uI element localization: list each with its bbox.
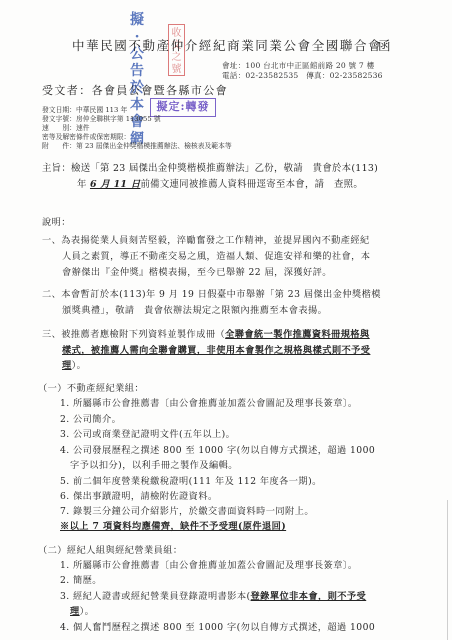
contact-line: 電話：02-23582535 傳真：02-23582536 [222,70,383,81]
item-3-emphasis-3: 理 [62,360,72,371]
explanation-item-3-line-3: 理）。 [62,357,86,371]
explanation-item-3-line-2: 樣式，被推薦人需向全聯會購買，非使用本會製作之規格與樣式則不予受 [62,342,370,356]
explanation-item-2-line-1: 二、本會暫訂於本(113)年 9 月 19 日假臺中市舉辦「第 23 屆傑出金仲… [42,286,381,300]
document-type: 函 [378,36,391,54]
item-3-emphasis-2: 樣式，被推薦人需向全聯會購買，非使用本會製作之規格與樣式則不予受 [62,345,370,356]
group-1-item-2: 2. 公司簡介。 [60,411,121,425]
explanation-item-3-line-1: 三、被推薦者應檢附下列資料並製作成冊（全聯會統一製作推薦資料冊規格與 [42,326,370,340]
group-1-item-6: 6. 傑出事蹟證明，請檢附佐證資料。 [60,488,218,502]
explanation-item-1-line-3: 會辦傑出『金仲獎』楷模表揚，至今已舉辦 22 屆，深獲好評。 [62,264,332,278]
explanation-heading: 說明： [42,214,71,228]
subject-year-label: 年 [77,179,87,190]
attachments: 附 件：第 23 屆傑出金仲獎楷模推薦辦法、檢核表及範本等 [42,142,232,151]
delivery-speed: 速 別：速件 [42,124,90,133]
group-1-heading: （一）不動產經紀業組： [38,380,144,394]
official-letter-page: 擬·公告於本會網 收文之號 擬定:轉發 中華民國不動產仲介經紀商業同業公會全國聯… [0,0,452,640]
deadline-date: 6 月 11 日 [90,179,141,190]
security-level: 密等及解密條件或保密期限： [42,133,130,142]
group-2-item-3-suffix: ）。 [80,606,95,617]
subject-line-1: 主旨：檢送「第 23 屆傑出金仲獎楷模推薦辦法」乙份，敬請 貴會於本(113) [42,160,378,174]
group-2-item-3-prefix: 3. 經紀人證書或經紀營業員登錄證明書影本( [60,591,251,602]
group-1-item-3: 3. 公司或商業登記證明文件(五年以上)。 [60,426,235,440]
group-2-item-3-emphasis-2: 理 [70,606,80,617]
recipient: 受文者：各會員公會暨各縣市公會 [42,82,228,98]
group-1-item-4: 4. 公司發展歷程之撰述 800 至 1000 字(勿以自傳方式撰述，超過 10… [60,442,375,456]
group-2-item-3-cont: 理）。 [70,603,94,617]
group-1-item-7: 7. 錄製三分鐘公司介紹影片，於繳交書面資料時一同附上。 [60,503,314,517]
organization-title: 中華民國不動產仲介經紀商業同業公會全國聯合會 [72,36,382,54]
group-1-item-4-cont: 字予以扣分)，以利手冊之製作及編輯。 [70,457,238,471]
item-3-emphasis-1: 全聯會統一製作推薦資料冊規格與 [225,329,370,340]
group-1-note: ※以上 7 項資料均應備齊，缺件不予受理(原件退回) [60,518,286,532]
issue-date: 發文日期：中華民國 113 年 [42,106,127,115]
group-2-item-3-emphasis-1: 登錄單位非本會，則不予受 [251,591,367,602]
group-2-heading: （二）經紀人組與經紀營業員組： [38,542,183,556]
group-2-item-3: 3. 經紀人證書或經紀營業員登錄證明書影本(登錄單位非本會，則不予受 [60,588,366,602]
group-2-item-2: 2. 簡歷。 [60,572,102,586]
group-2-item-1: 1. 所屬縣市公會推薦書〔由公會推薦並加蓋公會圖記及理事長簽章〕。 [60,557,358,571]
subject-line-2: 年 6 月 11 日前備文連同被推薦人資料冊逕寄至本會，請 查照。 [77,176,363,190]
item-3-prefix: 三、被推薦者應檢附下列資料並製作成冊（ [42,329,225,340]
item-3-suffix: ）。 [72,360,87,371]
explanation-item-2-line-2: 頒獎典禮」，敬請 貴會依辦法規定之限額內推薦至本會表揚。 [62,302,327,316]
document-number: 發文字號：房仲全聯棋字第 113055 號 [42,115,161,124]
page-edge-shadow [447,500,448,640]
subject-line-2-suffix: 前備文連同被推薦人資料冊逕寄至本會，請 查照。 [140,179,363,190]
explanation-item-1-line-1: 一、為表揚從業人員刻苦堅毅，淬勵奮發之工作精神，並提昇國內不動產經紀 [42,232,370,246]
group-2-item-4: 4. 個人奮鬥歷程之撰述 800 至 1000 字(勿以自傳方式撰述，超過 10… [60,619,375,633]
group-1-item-5: 5. 前二個年度營業稅繳稅證明(111 年及 112 年度各一期)。 [60,473,322,487]
group-1-item-1: 1. 所屬縣市公會推薦書〔由公會推薦並加蓋公會圖記及理事長簽章〕。 [60,395,358,409]
explanation-item-1-line-2: 人員之素質，導正不動產交易之風，造福人類、促進安祥和樂的社會，本 [62,248,370,262]
blue-approval-stamp: 擬·公告於本會網 [128,12,146,148]
